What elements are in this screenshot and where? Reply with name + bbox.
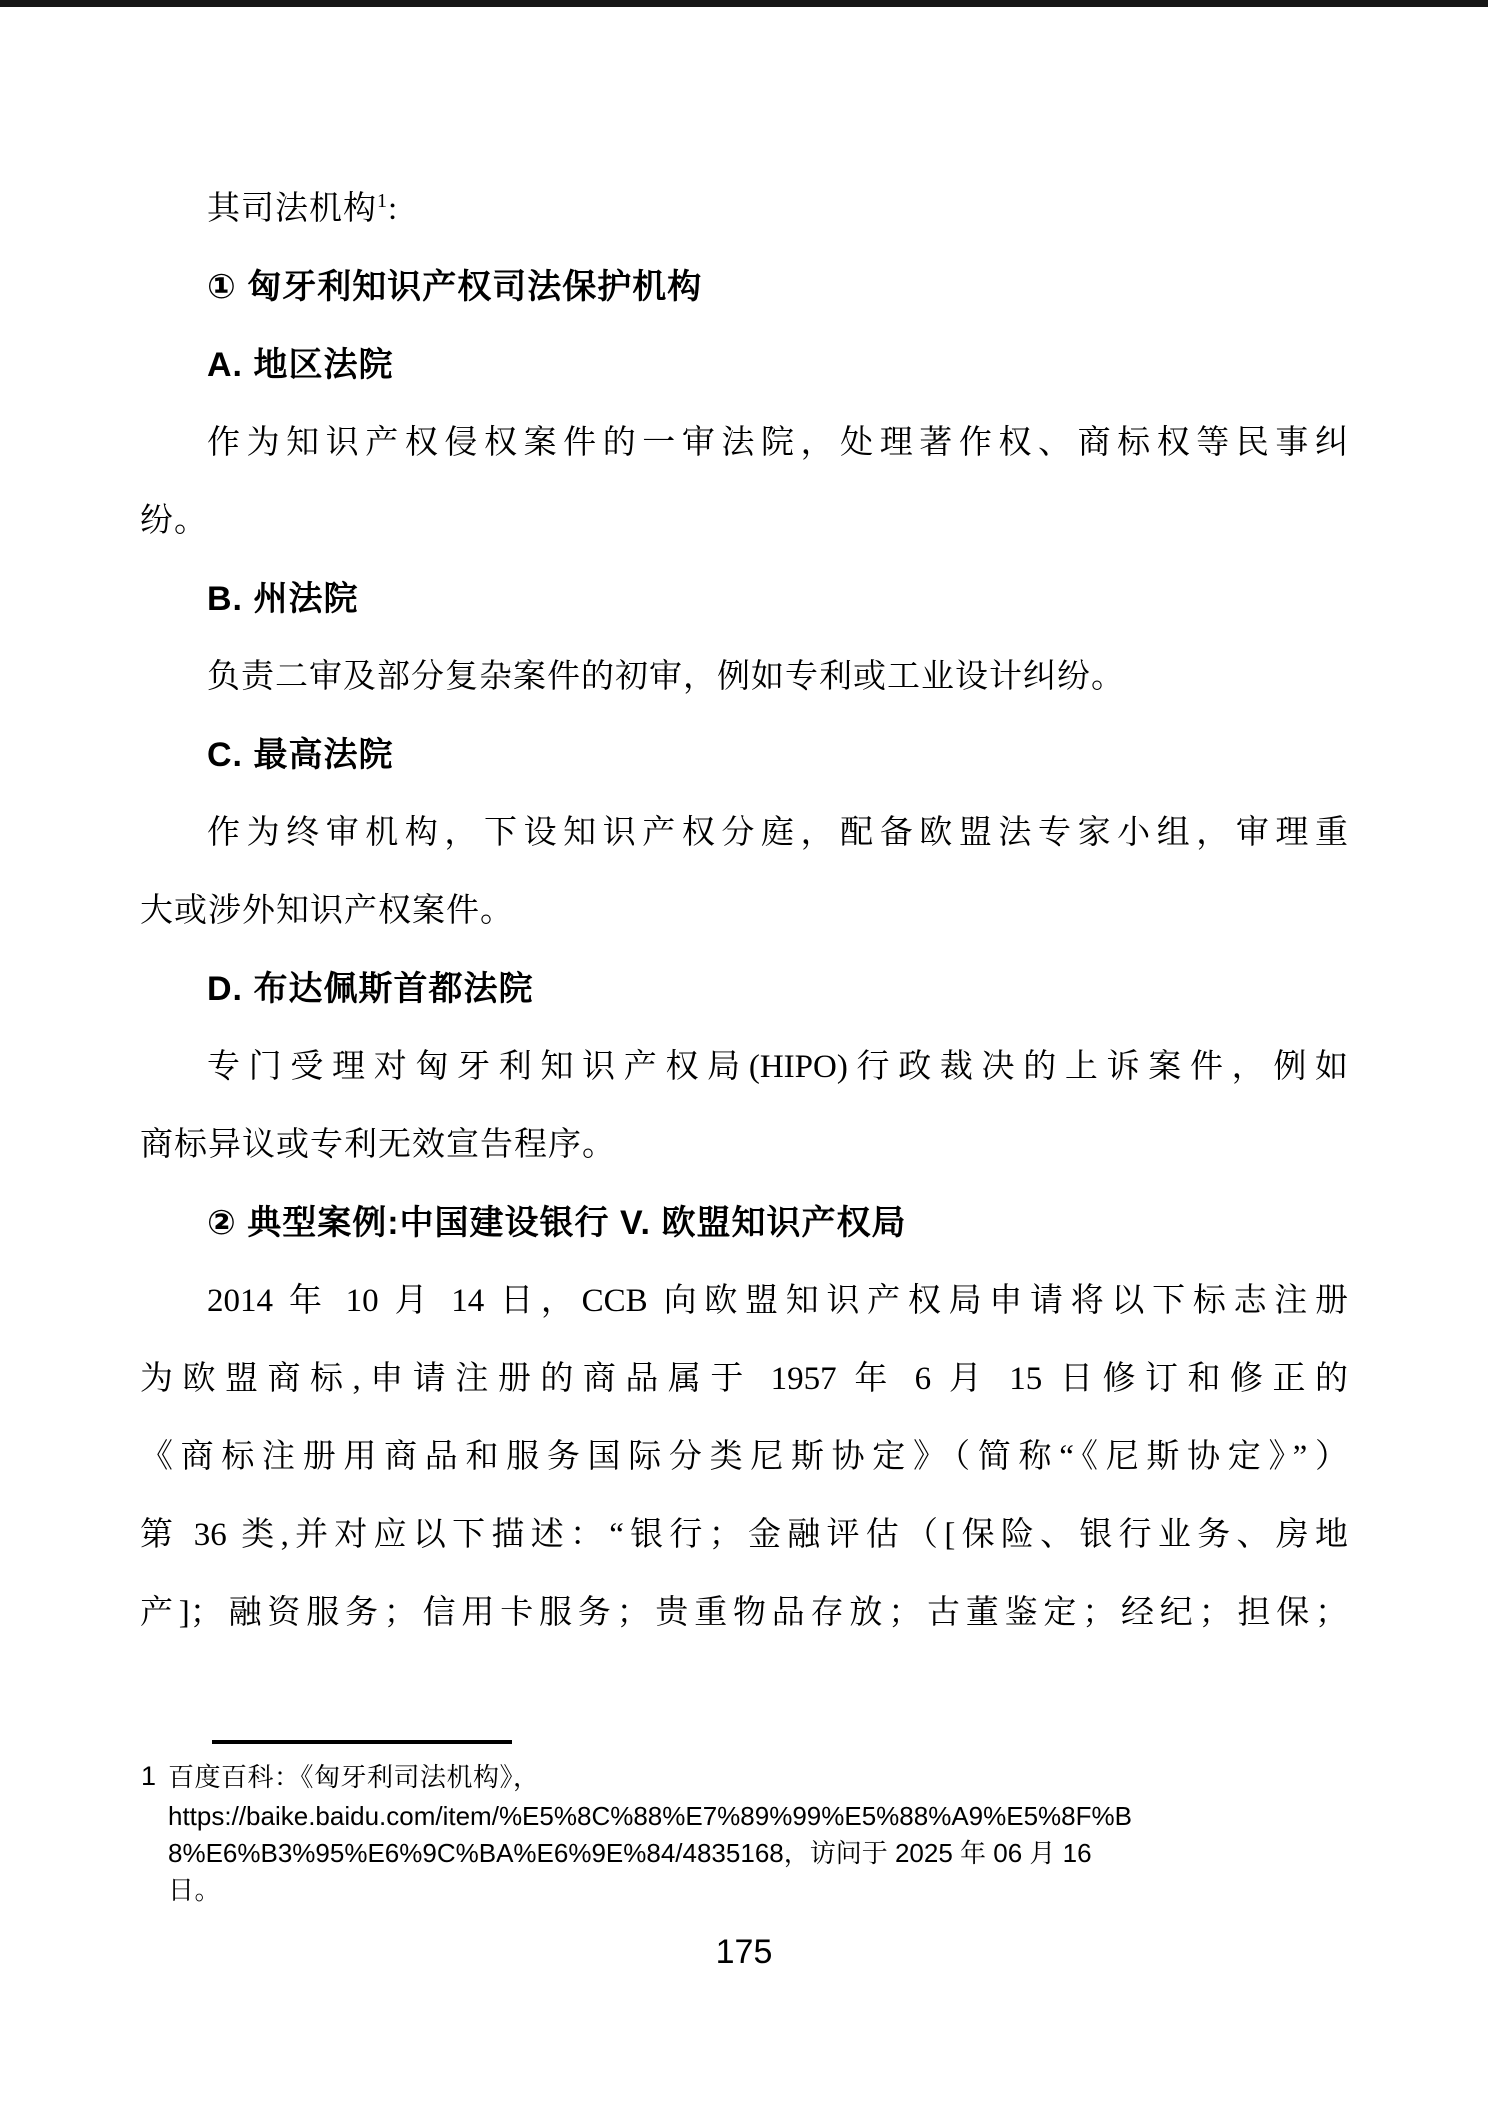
heading-line: A. 地区法院 — [207, 343, 1348, 387]
body-text-line: 《商标注册用商品和服务国际分类尼斯协定》（简称“《尼斯协定》”） — [140, 1435, 1348, 1479]
footnote-separator — [212, 1740, 512, 1744]
heading-line: C. 最高法院 — [207, 733, 1348, 777]
footnote-number: 1 — [141, 1758, 156, 1794]
footnote-text-line: 百度百科：《匈牙利司法机构》， — [168, 1760, 540, 1796]
heading-line: ① 匈牙利知识产权司法保护机构 — [207, 265, 1348, 309]
body-text-line: 大或涉外知识产权案件。 — [140, 889, 1348, 933]
footnote-url-line[interactable]: 8%E6%B3%95%E6%9C%BA%E6%9E%84/4835168，访问于… — [168, 1835, 1092, 1871]
footnote-url-line[interactable]: https://baike.baidu.com/item/%E5%8C%88%E… — [168, 1798, 1132, 1834]
body-text-line: 第 36 类,并对应以下描述：“银行；金融评估（[保险、银行业务、房地 — [140, 1513, 1348, 1557]
body-text-line: 2014 年 10 月 14 日，CCB 向欧盟知识产权局申请将以下标志注册 — [207, 1279, 1348, 1323]
heading-line: ② 典型案例:中国建设银行 V. 欧盟知识产权局 — [207, 1201, 1348, 1245]
footnote-text-line: 日。 — [168, 1873, 221, 1909]
page-number: 175 — [0, 1930, 1488, 1974]
body-text-line: 作为终审机构，下设知识产权分庭，配备欧盟法专家小组，审理重 — [207, 811, 1348, 855]
body-text-line: 作为知识产权侵权案件的一审法院，处理著作权、商标权等民事纠 — [207, 421, 1348, 465]
heading-line: D. 布达佩斯首都法院 — [207, 967, 1348, 1011]
document-page: 其司法机构1:① 匈牙利知识产权司法保护机构A. 地区法院作为知识产权侵权案件的… — [0, 0, 1488, 2104]
body-text-line: 纷。 — [140, 499, 1348, 543]
body-text-line: 商标异议或专利无效宣告程序。 — [140, 1123, 1348, 1167]
body-text-line: 其司法机构1: — [207, 187, 1348, 231]
page-top-border — [0, 0, 1488, 7]
body-text-line: 产]；融资服务；信用卡服务；贵重物品存放；古董鉴定；经纪；担保； — [140, 1591, 1348, 1635]
body-text-line: 专门受理对匈牙利知识产权局(HIPO)行政裁决的上诉案件，例如 — [207, 1045, 1348, 1089]
body-text-line: 负责二审及部分复杂案件的初审，例如专利或工业设计纠纷。 — [207, 655, 1348, 699]
footnote-reference-mark[interactable]: 1 — [377, 190, 388, 212]
body-text-line: 为欧盟商标,申请注册的商品属于 1957 年 6 月 15 日修订和修正的 — [140, 1357, 1348, 1401]
heading-line: B. 州法院 — [207, 577, 1348, 621]
